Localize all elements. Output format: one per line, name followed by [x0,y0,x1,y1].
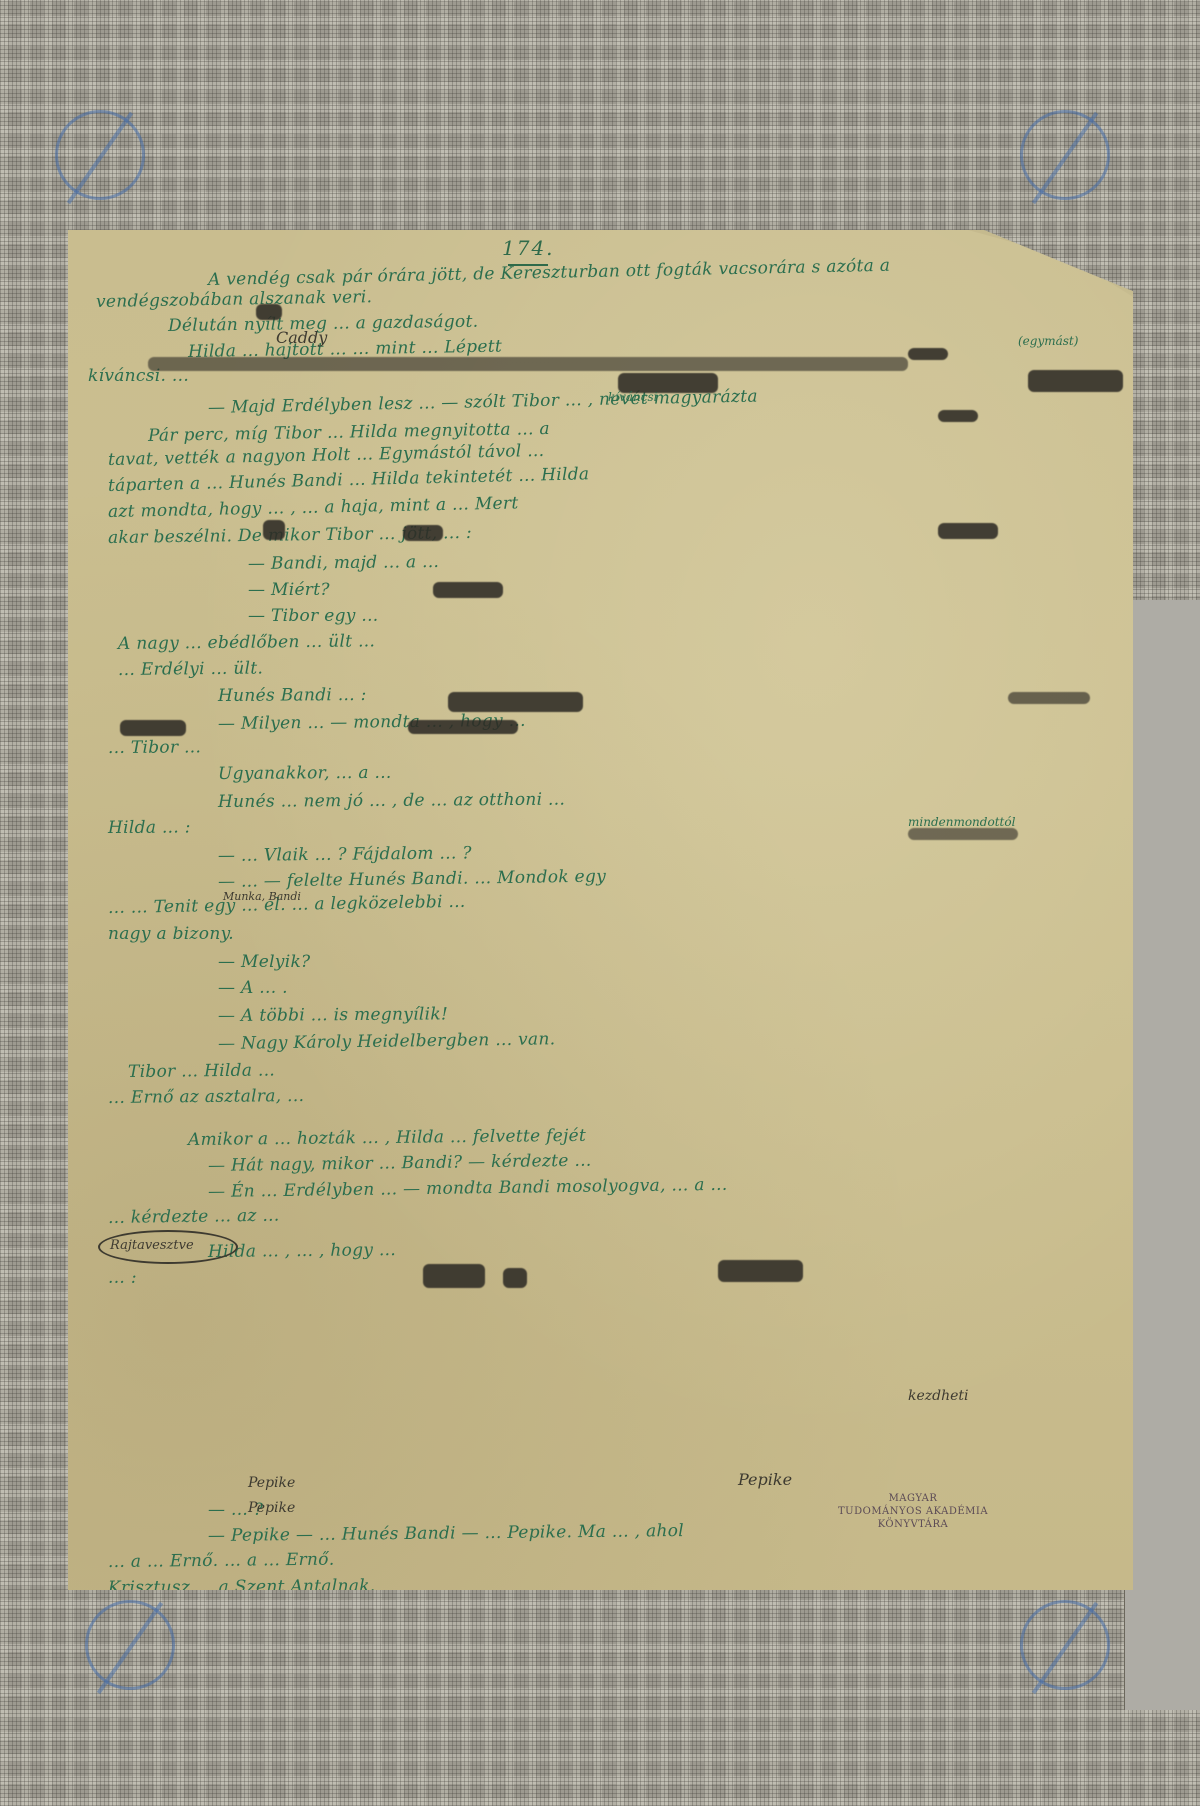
manuscript-line: A nagy ... ebédlőben ... ült ... [118,631,375,654]
manuscript-line: Hilda ... : [108,817,191,838]
manuscript-line: Krisztusz ... a Szent Antalnak. [108,1576,376,1598]
redaction [120,720,186,736]
redaction [263,520,285,540]
manuscript-line: A vendég csak pár órára jött, de Kereszt… [208,256,891,290]
stamp-line-2: TUDOMÁNYOS AKADÉMIA [838,1505,988,1518]
margin-note-kezdheti: kezdheti [908,1388,969,1404]
manuscript-line: — A ... . [218,978,288,998]
redaction [448,692,583,712]
redaction [938,410,978,422]
corner-mark-top-right [1020,110,1110,200]
margin-note-egymast: (egymást) [1018,334,1078,348]
manuscript-line: — Pepike — ... Hunés Bandi — ... Pepike.… [208,1521,684,1546]
manuscript-line: Hunés ... nem jó ... , de ... az otthoni… [218,790,565,812]
manuscript-line: — ... — felelte Hunés Bandi. ... Mondok … [218,867,606,892]
page-number: 174. [502,236,555,260]
manuscript-line: ... Tibor ... [108,737,201,758]
corner-mark-bottom-left [85,1600,175,1690]
manuscript-line: — Én ... Erdélyben ... — mondta Bandi mo… [208,1175,728,1202]
margin-note-kivancsi: kíváncsi [608,390,658,404]
manuscript-line: Tibor ... Hilda ... [128,1060,275,1082]
manuscript-line: — Melyik? [218,952,310,972]
redaction [423,1264,485,1288]
library-stamp: MAGYAR TUDOMÁNYOS AKADÉMIA KÖNYVTÁRA [838,1492,988,1531]
manuscript-line: ... a ... Ernő. ... a ... Ernő. [108,1550,335,1572]
manuscript-line: ... Ernő az asztalra, ... [108,1086,304,1108]
corner-mark-top-left [55,110,145,200]
margin-note-rajtavesztve: Rajtavesztve [110,1238,194,1253]
stamp-line-3: KÖNYVTÁRA [838,1518,988,1531]
stamp-line-1: MAGYAR [838,1492,988,1505]
manuscript-line: ... Erdélyi ... ült. [118,658,263,680]
redaction [403,525,443,541]
manuscript-line: nagy a bizony. [108,924,234,944]
manuscript-line: — Miért? [248,580,330,600]
redaction [503,1268,527,1288]
manuscript-line: — ... Vlaik ... ? Fájdalom ... ? [218,843,472,866]
manuscript-line: ... : [108,1268,137,1288]
manuscript-line: — Bandi, majd ... a ... [248,552,439,574]
manuscript-line: — Nagy Károly Heidelbergben ... van. [218,1029,556,1054]
redaction [1028,370,1123,392]
redaction [433,582,503,598]
manuscript-line: — Hát nagy, mikor ... Bandi? — kérdezte … [208,1151,592,1176]
redaction [908,348,948,360]
margin-note-mindenmondottol: mindenmondottól [908,815,1015,829]
margin-note-munka-bandi: Munka, Bandi [223,890,301,903]
margin-note-pepike-1: Pepike [248,1475,295,1491]
redaction [908,828,1018,840]
margin-note-caddy: Caddy [276,328,327,347]
redaction [898,1708,946,1722]
redaction [256,304,282,320]
redaction [148,357,908,371]
backing-sheet [1124,600,1200,1710]
corner-mark-bottom-right [1020,1600,1110,1690]
margin-note-pepike-2: Pepike [248,1500,295,1516]
manuscript-line: — A többi ... is megnyílik! [218,1004,448,1026]
manuscript-line: táparten a ... Hunés Bandi ... Hilda tek… [108,464,590,496]
manuscript-line: Hunés Bandi ... : [218,685,367,706]
folded-corner [968,230,1138,300]
redaction [408,720,518,734]
redaction [1008,692,1090,704]
redaction [938,523,998,539]
manuscript-line: vendégszobában alszanak veri. [96,287,373,312]
manuscript-line: azt mondta, hogy ... , ... a haja, mint … [108,493,519,522]
manuscript-page: 174. A vendég csak pár órára jött, de Ke… [68,230,1133,1590]
manuscript-line: Ugyanakkor, ... a ... [218,763,392,784]
manuscript-line: — Tibor egy ... [248,606,379,626]
margin-note-pepike-3: Pepike [738,1470,792,1489]
manuscript-line: ... kérdezte ... az ... [108,1206,280,1228]
redaction [718,1260,803,1282]
manuscript-line: Amikor a ... hozták ... , Hilda ... felv… [188,1126,586,1150]
